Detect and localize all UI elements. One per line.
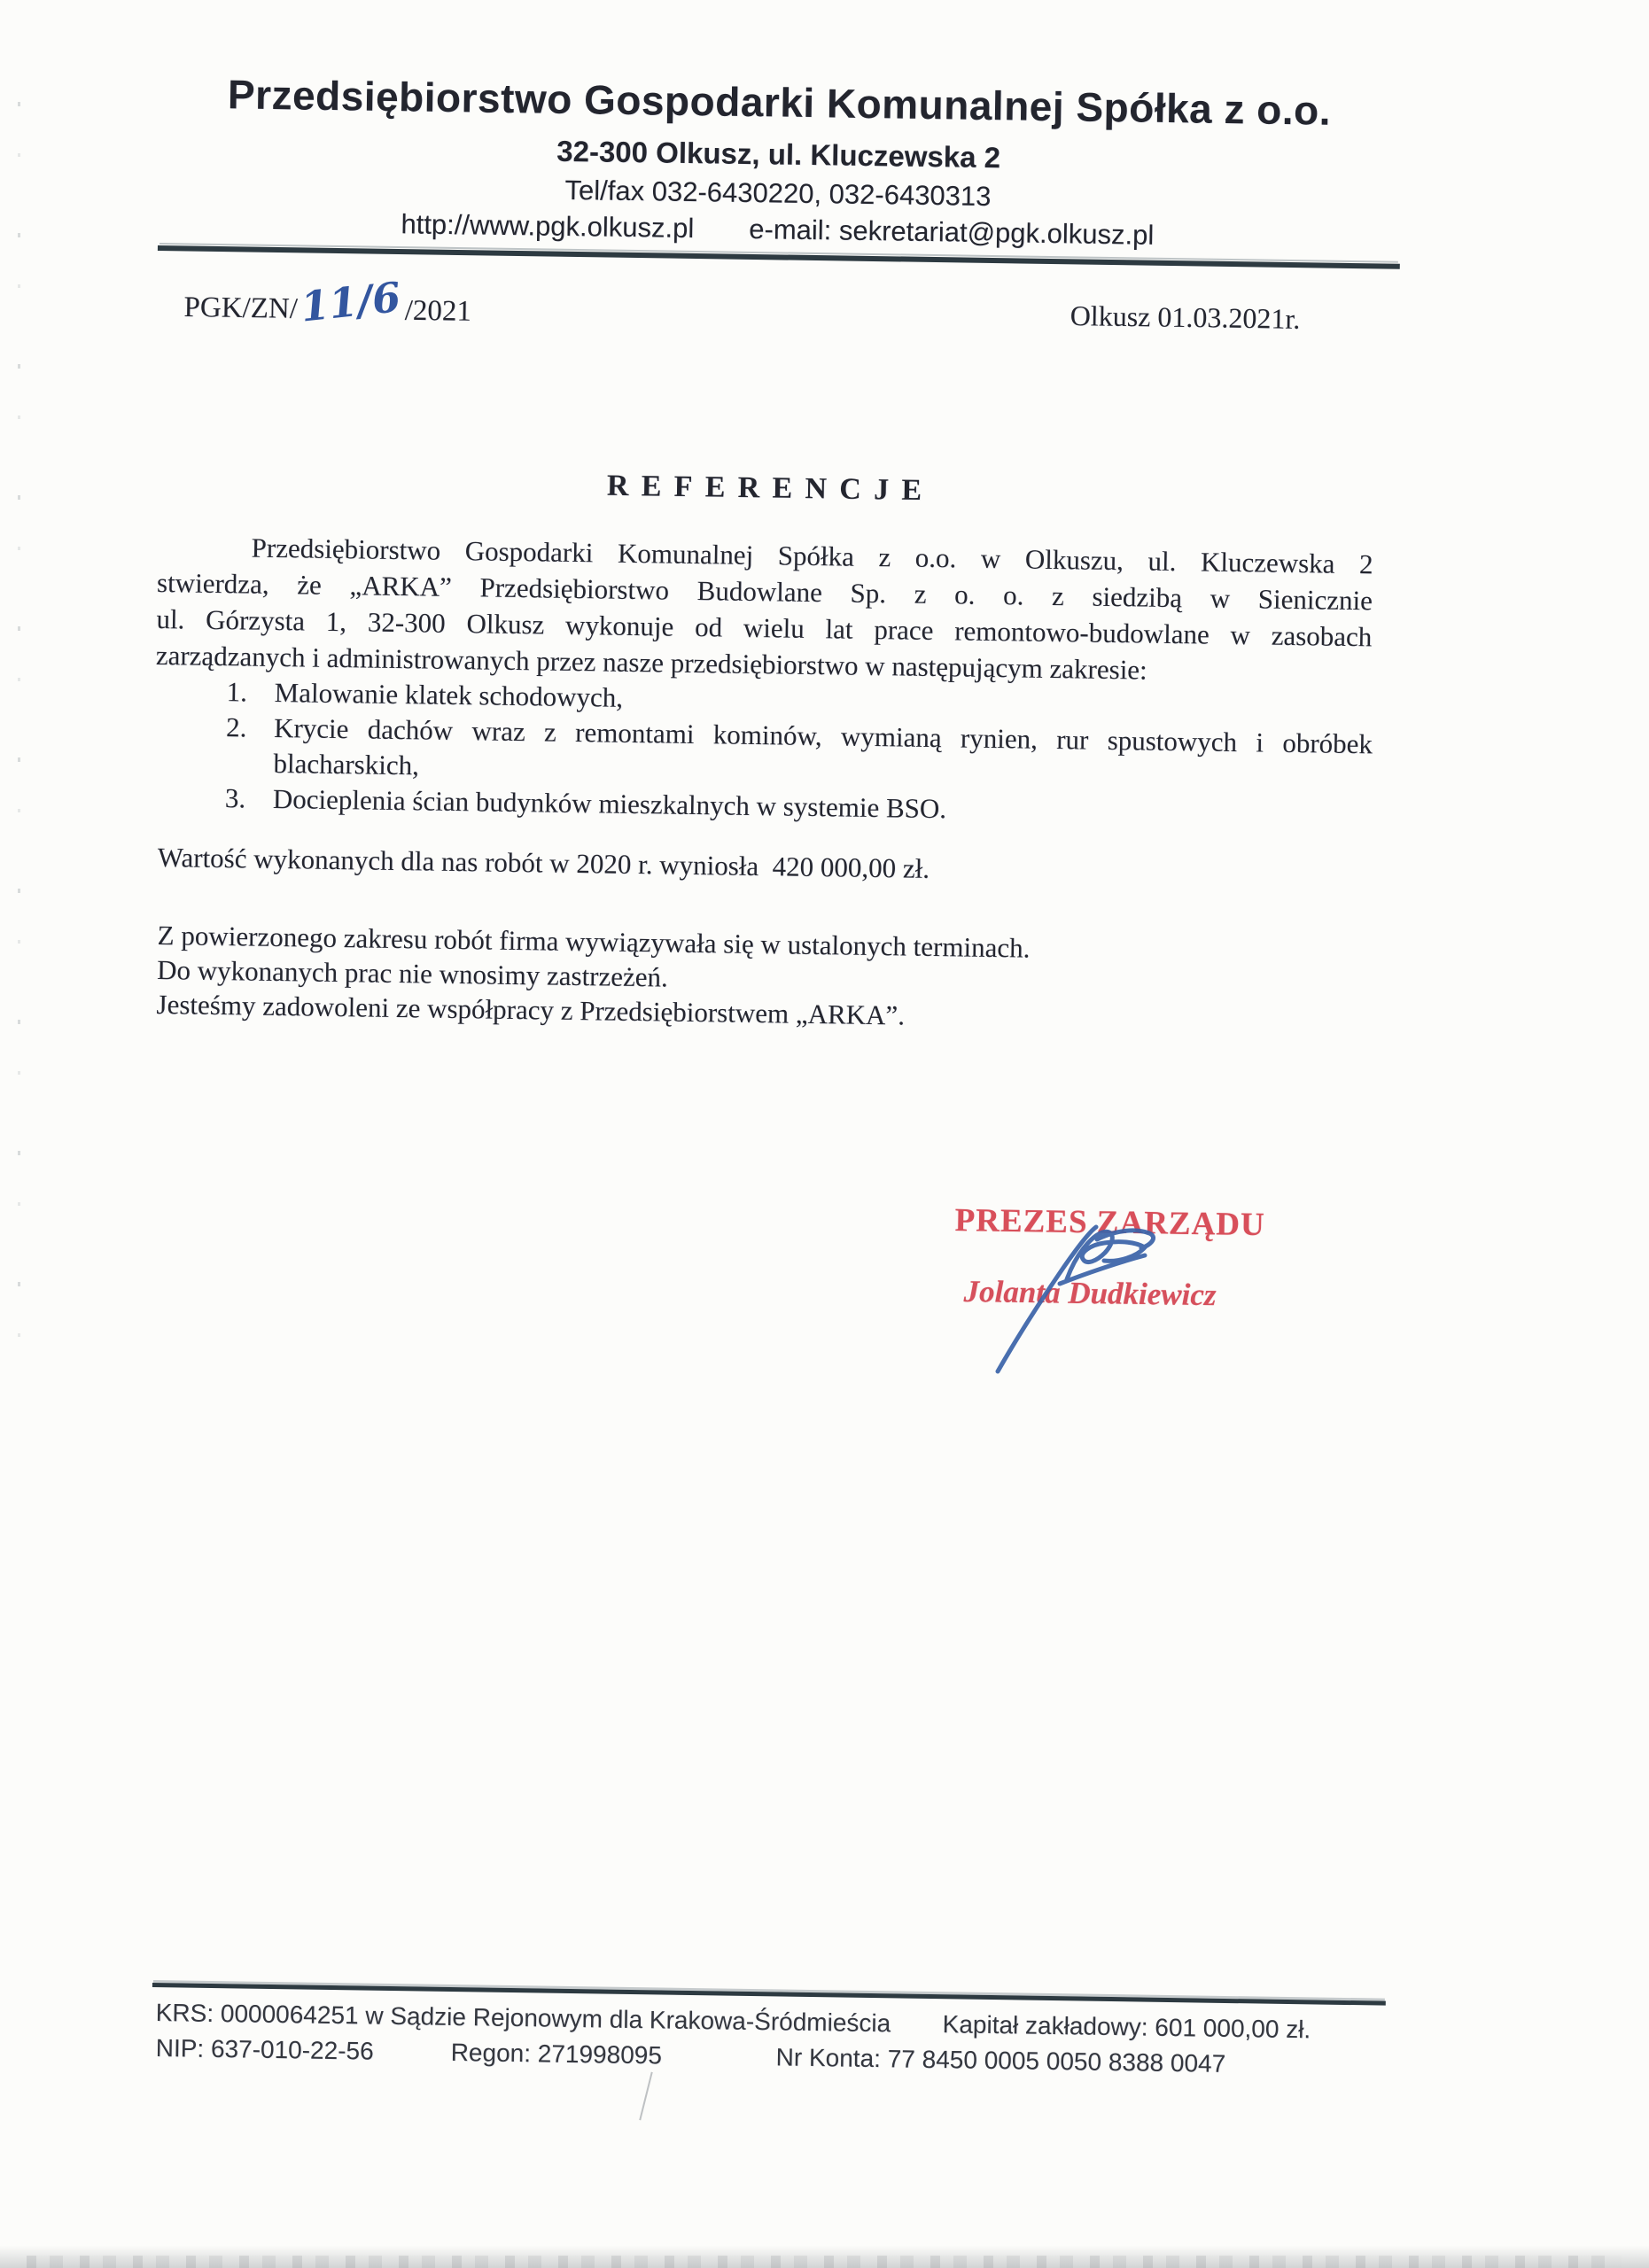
document-title: REFERENCJE xyxy=(141,462,1399,515)
handwritten-reference-number: 11/6 xyxy=(299,276,403,328)
scope-of-works-list: 1. Malowanie klatek schodowych, 2. Kryci… xyxy=(156,673,1373,833)
footer-bank-account: Nr Konta: 77 8450 0005 0050 8388 0047 xyxy=(775,2043,1225,2078)
letterhead: Przedsiębiorstwo Gospodarki Komunalnej S… xyxy=(148,69,1409,255)
footer-regon: Regon: 271998095 xyxy=(450,2039,662,2070)
reference-suffix: /2021 xyxy=(404,295,471,328)
reference-number-line: PGK/ZN/11/6/2021 xyxy=(183,282,471,329)
company-name: Przedsiębiorstwo Gospodarki Komunalnej S… xyxy=(150,69,1409,136)
scan-bottom-speckle xyxy=(27,2256,1622,2268)
works-value-line: Wartość wykonanych dla nas robót w 2020 … xyxy=(157,842,1380,891)
scanned-document-page: { "doc": { "letterhead": { "company": "P… xyxy=(0,0,1649,2268)
list-item-number: 1. xyxy=(226,674,275,711)
ink-signature xyxy=(970,1212,1183,1385)
list-item-number: 2. xyxy=(225,710,274,781)
footer-krs: KRS: 0000064251 w Sądzie Rejonowym dla K… xyxy=(156,1999,891,2037)
document-sheet: Przedsiębiorstwo Gospodarki Komunalnej S… xyxy=(0,0,1649,2268)
scan-edge-artifact xyxy=(18,102,20,1386)
company-email: e-mail: sekretariat@pgk.olkusz.pl xyxy=(749,214,1155,252)
company-website: http://www.pgk.olkusz.pl xyxy=(401,208,694,245)
intro-paragraph: Przedsiębiorstwo Gospodarki Komunalnej S… xyxy=(156,528,1373,691)
closing-paragraph: Z powierzonego zakresu robót firma wywią… xyxy=(156,918,1381,1039)
list-item-number: 3. xyxy=(225,781,274,817)
reference-prefix: PGK/ZN/ xyxy=(183,291,298,325)
place-and-date: Olkusz 01.03.2021r. xyxy=(1070,299,1300,336)
footer-nip: NIP: 637-010-22-56 xyxy=(156,2034,374,2065)
footer-share-capital: Kapitał zakładowy: 601 000,00 zł. xyxy=(942,2010,1311,2044)
